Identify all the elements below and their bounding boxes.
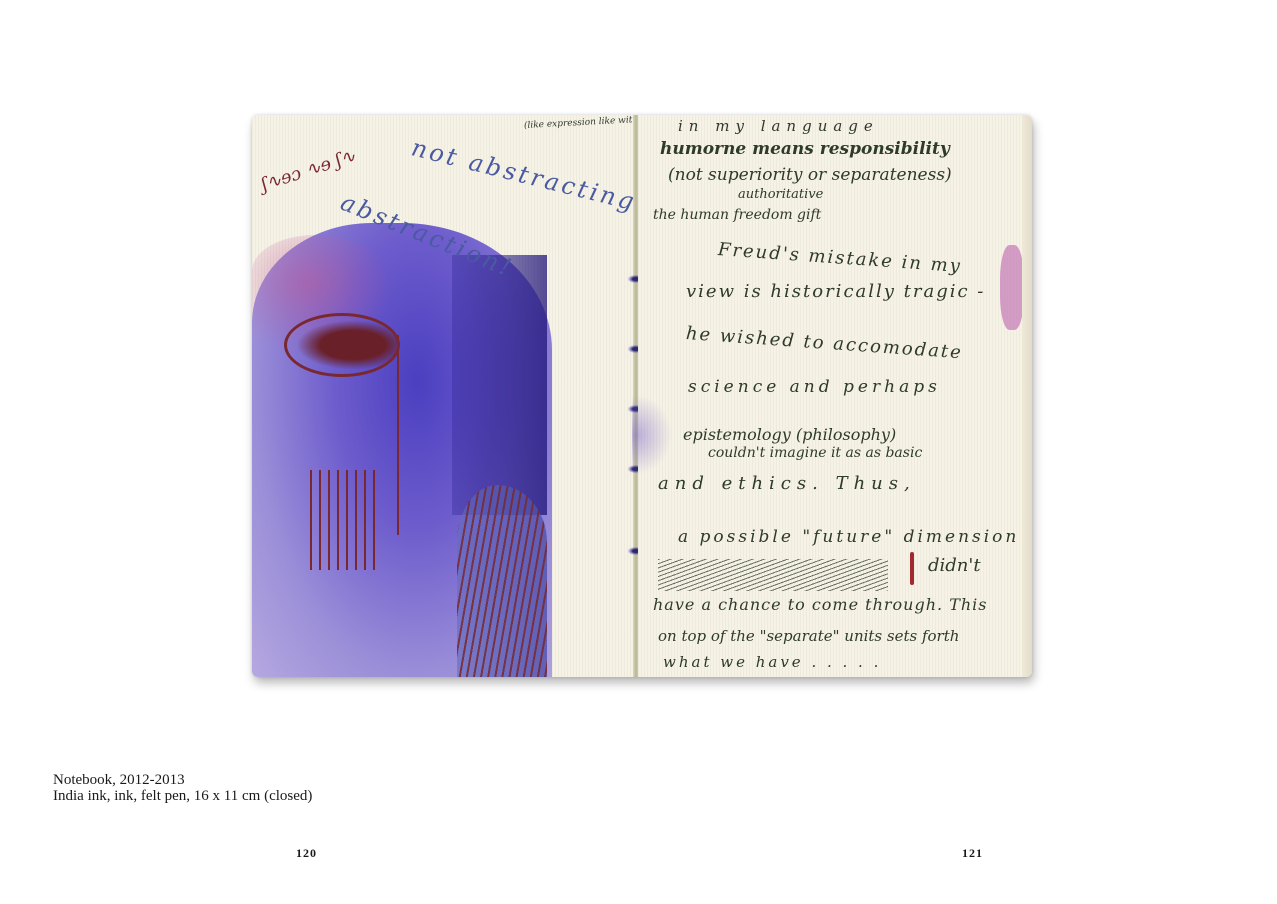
page-number-left: 120 (296, 846, 317, 861)
caption-title: Notebook, 2012-2013 (53, 772, 312, 788)
hw-line-9: science and perhaps (688, 377, 941, 397)
left-page: not abstracting abstraction! (like expre… (252, 115, 635, 677)
page-edge (1022, 115, 1032, 677)
red-drips (310, 470, 380, 570)
notebook-spread-image: not abstracting abstraction! (like expre… (252, 115, 1032, 677)
caption-medium: India ink, ink, felt pen, 16 x 11 cm (cl… (53, 788, 312, 804)
hw-line-12: and ethics. Thus, (658, 473, 916, 494)
hw-line-6: Freud's mistake in my (717, 239, 962, 277)
hw-line-7: view is historically tragic - (686, 281, 985, 302)
pink-stain (1000, 245, 1024, 330)
hw-line-13: a possible "future" dimension (678, 527, 1019, 547)
hw-line-4: authoritative (738, 187, 823, 202)
hw-line-11: couldn't imagine it as as basic (708, 445, 922, 461)
hw-line-1: in my language (678, 117, 879, 135)
hw-line-10: epistemology (philosophy) (683, 425, 896, 444)
red-drip-long (397, 335, 399, 535)
right-page: in my language humorne means responsibil… (638, 115, 1032, 677)
red-ink-mark (910, 552, 914, 585)
scribbled-out-text (658, 559, 888, 591)
hw-line-16: on top of the "separate" units sets fort… (658, 627, 959, 645)
hw-line-14: didn't (928, 555, 981, 576)
hw-line-3: (not superiority or separateness) (668, 165, 952, 185)
handwriting-red-scribbles: ʃ∿ɘɔ ∿ɘ ʃ∿ (259, 145, 359, 195)
hw-line-8: he wished to accomodate (685, 323, 963, 363)
hw-line-2: humorne means responsibility (660, 139, 950, 159)
ink-wash-dark (452, 255, 547, 515)
hw-line-17: what we have . . . . . (663, 653, 881, 671)
violet-stain-spine (632, 395, 672, 475)
hw-line-5: the human freedom gift (653, 207, 821, 223)
red-eye-drawing (284, 313, 400, 377)
handwriting-not-abstracting: not abstracting (409, 133, 640, 216)
figure-caption: Notebook, 2012-2013 India ink, ink, felt… (53, 772, 312, 804)
hw-line-15: have a chance to come through. This (653, 595, 988, 614)
red-hatched-form (457, 485, 547, 677)
page-number-right: 121 (962, 846, 983, 861)
